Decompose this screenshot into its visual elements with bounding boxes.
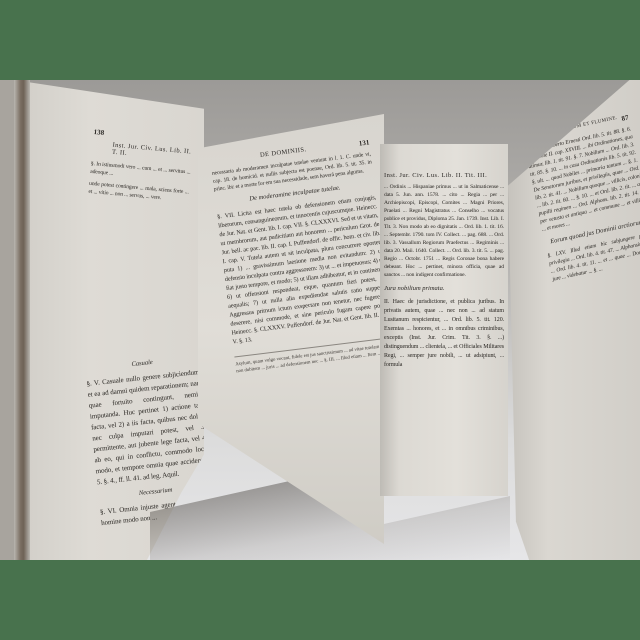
right-page-content: DE TUTELIS, SORTIUM ET FLUMINE. 87 Ferra… <box>522 114 640 284</box>
left-section-v: §. V. Casuale nullo genere subjiciendum,… <box>86 367 204 488</box>
right-page-number: 87 <box>621 114 630 123</box>
middle-right-page-content: Inst. Jur. Civ. Lus. Lib. II. Tit. III. … <box>384 172 504 370</box>
book-photograph: 138 Inst. Jur. Civ. Lus. Lib. II. T. II.… <box>0 80 640 560</box>
middle-right-body: ... Ordinis ... Hispaniae primus ... ut … <box>384 183 504 279</box>
middle-left-running-head: DE DOMINIIS. <box>260 146 307 160</box>
middle-right-section-ii: II. Haec de jurisdictione, et publica ju… <box>384 298 504 370</box>
right-body: Ferrando Ruberto Ernesti Ord. lib. 5. ti… <box>524 125 640 234</box>
bottom-frame-band <box>0 560 640 640</box>
middle-left-page-content: DE DOMINIIS. 131 necessaria ab moderamen… <box>210 139 384 376</box>
left-page-number: 138 <box>93 128 193 145</box>
left-page-header: 138 Inst. Jur. Civ. Lus. Lib. II. T. II.… <box>88 128 194 204</box>
left-body-mid: unde potest contingere ... mala, sciens … <box>88 180 189 205</box>
middle-left-section-vii: §. VII. Licita est haec tutela ob defens… <box>217 193 384 346</box>
left-page: 138 Inst. Jur. Civ. Lus. Lib. II. T. II.… <box>14 80 204 560</box>
middle-left-page-number: 131 <box>358 139 369 148</box>
middle-right-page: Inst. Jur. Civ. Lus. Lib. II. Tit. III. … <box>380 144 508 496</box>
background-left-edge <box>0 80 14 560</box>
left-running-head: Inst. Jur. Civ. Lus. Lib. II. T. II. <box>112 142 193 163</box>
right-page: DE TUTELIS, SORTIUM ET FLUMINE. 87 Ferra… <box>508 80 640 560</box>
top-frame-band <box>0 0 640 80</box>
book-spine-edge <box>14 80 30 560</box>
left-page-lower: Casuale §. V. Casuale nullo genere subji… <box>84 348 204 529</box>
middle-right-subheading: Jura nobilium primata. <box>384 285 504 292</box>
middle-left-page: DE DOMINIIS. 131 necessaria ab moderamen… <box>198 114 384 544</box>
middle-right-running-head: Inst. Jur. Civ. Lus. Lib. II. Tit. III. <box>384 172 504 179</box>
